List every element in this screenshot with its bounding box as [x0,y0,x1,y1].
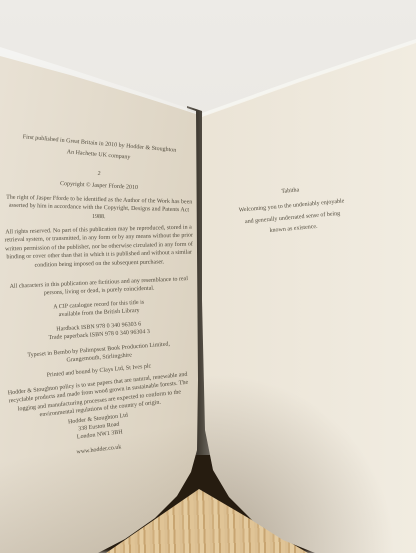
open-book-photo: First published in Great Britain in 2010… [0,0,416,553]
author-rights-paragraph: The right of Jasper Fforde to be identif… [4,194,195,224]
publisher-imprint: First published in Great Britain in 2010… [3,131,194,168]
all-rights-reserved-paragraph: All rights reserved. No part of this pub… [3,224,194,271]
fictitious-characters-paragraph: All characters in this publication are f… [4,275,195,300]
copyright-page-text: First published in Great Britain in 2010… [4,0,194,553]
